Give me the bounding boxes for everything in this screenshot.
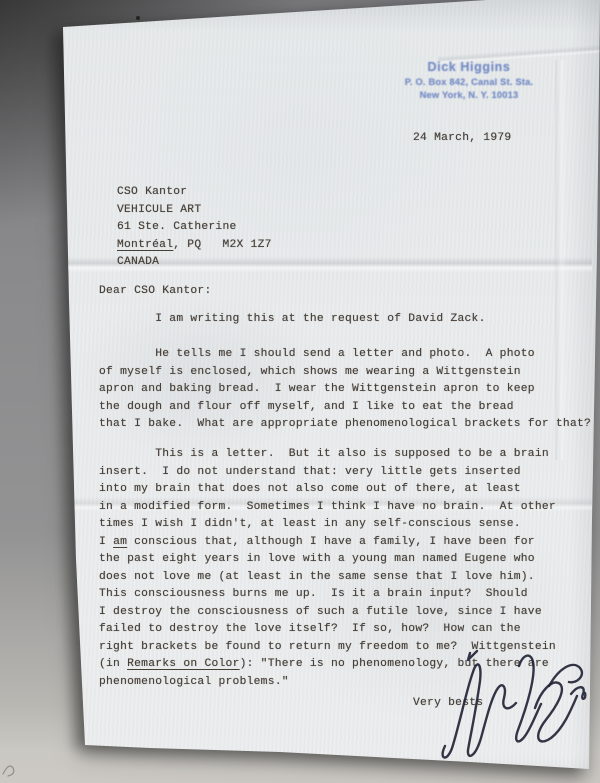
typewritten-line: I am conscious that, although I have a f… bbox=[99, 534, 556, 552]
stamp-name: Dick Higgins bbox=[394, 60, 544, 74]
typewritten-line: failed to destroy the love itself? If so… bbox=[99, 621, 556, 639]
letter-date: 24 March, 1979 bbox=[413, 130, 511, 148]
signature-tick bbox=[468, 651, 477, 660]
underlined-text: Remarks on Color bbox=[127, 658, 239, 670]
recipient-line: CANADA bbox=[117, 254, 272, 272]
typewritten-line: in a modified form. Sometimes I think I … bbox=[99, 499, 556, 517]
recipient-line: 61 Ste. Catherine bbox=[117, 219, 272, 237]
recipient-line: CSO Kantor bbox=[117, 184, 272, 202]
body-paragraph: I am writing this at the request of Davi… bbox=[99, 311, 486, 329]
recipient-address-block: CSO KantorVEHICULE ART61 Ste. CatherineM… bbox=[117, 184, 272, 272]
recipient-line: Montréal, PQ M2X 1Z7 bbox=[117, 237, 272, 255]
return-address-stamp: Dick Higgins P. O. Box 842, Canal St. St… bbox=[394, 60, 544, 100]
signature-ink-scrawl bbox=[423, 646, 591, 766]
salutation: Dear CSO Kantor: bbox=[99, 283, 211, 301]
stamp-address-line: P. O. Box 842, Canal St. Sta. bbox=[394, 77, 544, 87]
signature-first-name bbox=[443, 664, 516, 757]
typewritten-line: of myself is enclosed, which shows me we… bbox=[99, 364, 591, 382]
underlined-text: Montréal bbox=[117, 239, 173, 251]
typewritten-line: that I bake. What are appropriate phenom… bbox=[99, 416, 591, 434]
recipient-line: VEHICULE ART bbox=[117, 202, 272, 220]
typewritten-line: the past eight years in love with a youn… bbox=[99, 551, 556, 569]
typewritten-line: insert. I do not understand that: very l… bbox=[99, 464, 556, 482]
typewritten-line: apron and baking bread. I wear the Wittg… bbox=[99, 381, 591, 399]
underlined-text: am bbox=[113, 536, 127, 548]
body-paragraph: He tells me I should send a letter and p… bbox=[99, 346, 591, 434]
typewritten-line: I am writing this at the request of Davi… bbox=[99, 311, 486, 329]
typewritten-line: times I wish I didn't, at least in any s… bbox=[99, 516, 556, 534]
typewritten-line: the dough and flour off myself, and I li… bbox=[99, 399, 591, 417]
letter-photograph: Dick Higgins P. O. Box 842, Canal St. St… bbox=[0, 0, 600, 783]
typewritten-line: This is a letter. But it also is suppose… bbox=[99, 446, 556, 464]
stamp-city-line: New York, N. Y. 10013 bbox=[394, 90, 544, 100]
signature-last-name bbox=[516, 656, 577, 742]
typewritten-line: He tells me I should send a letter and p… bbox=[99, 346, 591, 364]
typewritten-line: I destroy the consciousness of such a fu… bbox=[99, 604, 556, 622]
typewritten-line: into my brain that does not also come ou… bbox=[99, 481, 556, 499]
typewritten-line: does not love me (at least in the same s… bbox=[99, 569, 556, 587]
pencil-mark bbox=[0, 752, 30, 782]
typewritten-line: This consciousness burns me up. Is it a … bbox=[99, 586, 556, 604]
pencil-squiggle bbox=[3, 766, 14, 776]
